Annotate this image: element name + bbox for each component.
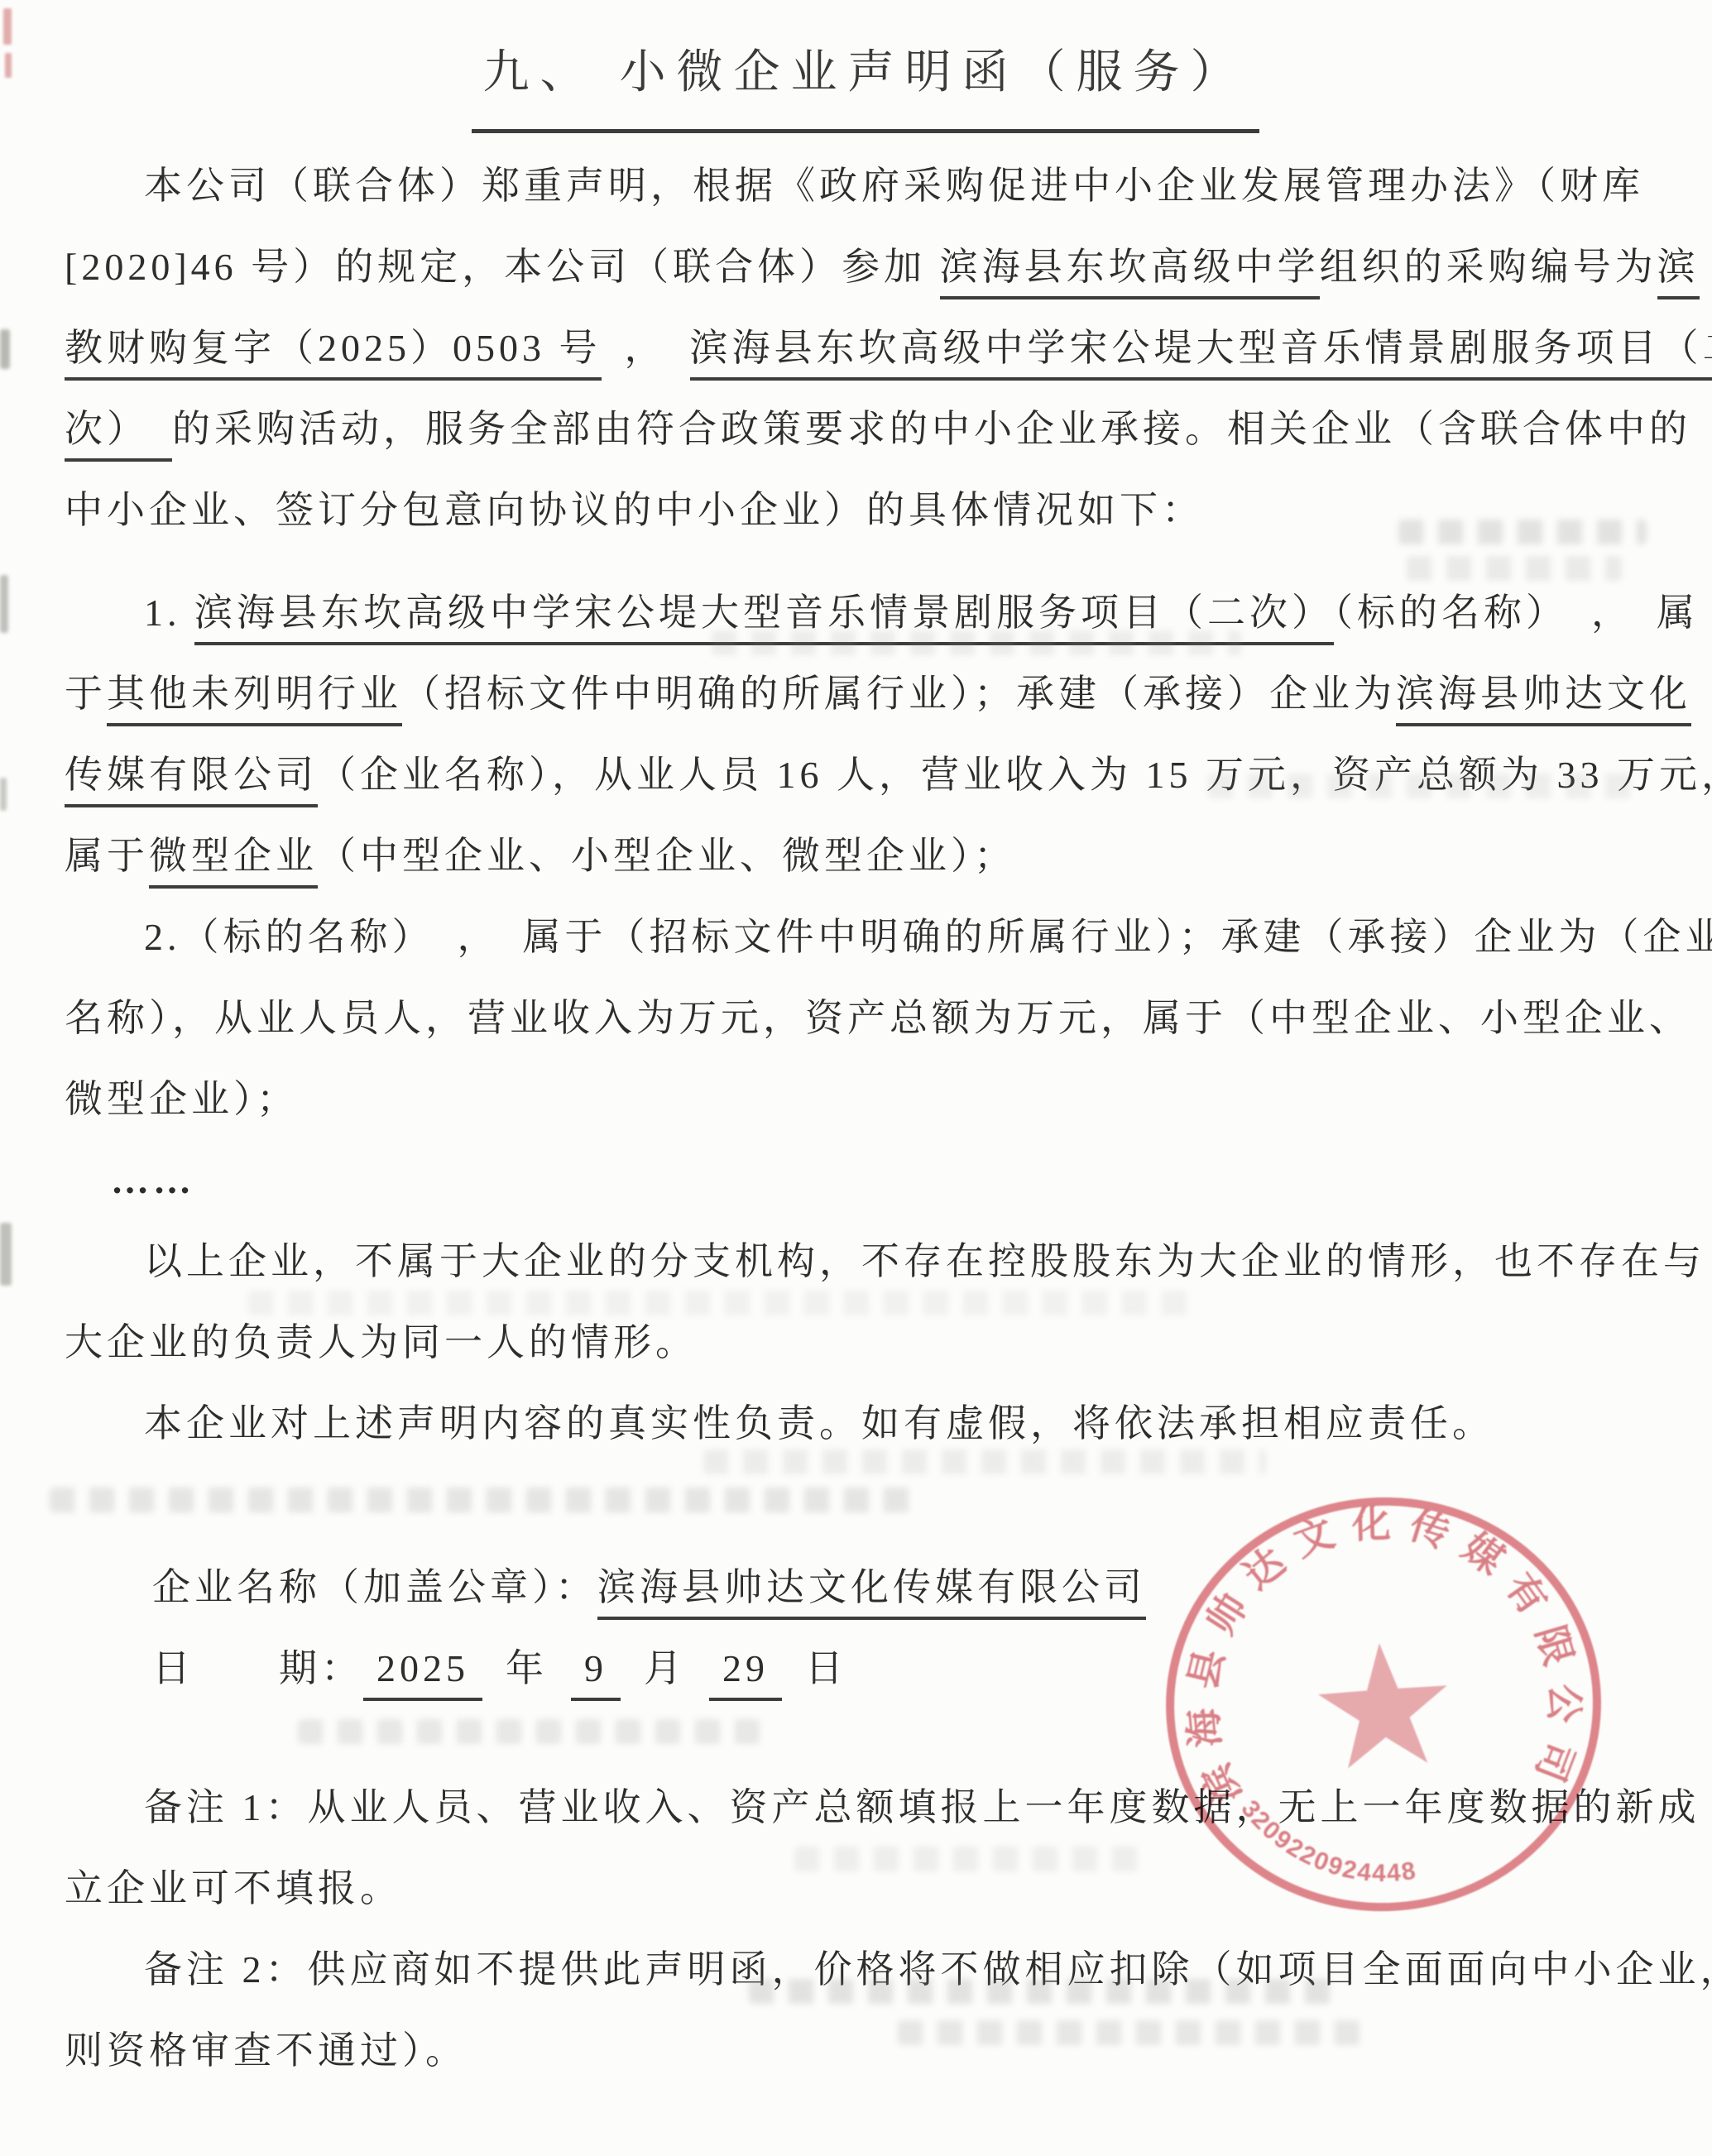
scan-artifact: [794, 1847, 1142, 1871]
scan-artifact: [1407, 556, 1622, 581]
date-day: 29: [709, 1647, 782, 1701]
text-segment: （中型企业、小型企业、微型企业）；: [318, 835, 1016, 877]
title-row: 九、 小微企业声明函（服务）: [65, 30, 1666, 146]
document-body: 九、 小微企业声明函（服务） 本公司（联合体）郑重声明，根据《政府采购促进中小企…: [65, 30, 1666, 2091]
blank-procurement-no-part1: 滨: [1657, 246, 1700, 299]
text-segment: （招标文件中明确的所属行业）；承建（承接）企业为: [402, 673, 1396, 715]
blank-industry: 其他未列明行业: [107, 673, 402, 726]
text-segment: （标的名称） ， 属: [1334, 592, 1699, 634]
page-title: 九、 小微企业声明函（服务）: [472, 30, 1259, 133]
scan-artifact: [5, 53, 12, 78]
note1-line1: 备注 1：从业人员、营业收入、资产总额填报上一年度数据，无上一年度数据的新成: [65, 1767, 1666, 1848]
item1-number: 1.: [144, 592, 194, 634]
item1-line4: 属于微型企业（中型企业、小型企业、微型企业）；: [65, 816, 1666, 897]
text-segment: 本公司（联合体）郑重声明，根据《政府采购促进中小企业发展管理办法》（财库: [144, 165, 1644, 207]
blank-project-name-part2: 次）: [65, 408, 172, 462]
p1-line1: 本公司（联合体）郑重声明，根据《政府采购促进中小企业发展管理办法》（财库: [65, 146, 1666, 227]
scan-artifact: [703, 1449, 1266, 1474]
text-segment: 微型企业）；: [65, 1078, 299, 1120]
item2-line3: 微型企业）；: [65, 1059, 1666, 1140]
item2-line1: 2.（标的名称） ， 属于（招标文件中明确的所属行业）；承建（承接）企业为（企业: [65, 897, 1666, 978]
text-segment: 组织的采购编号为: [1320, 246, 1657, 288]
text-segment: 备注 1：从业人员、营业收入、资产总额填报上一年度数据，无上一年度数据的新成: [144, 1786, 1700, 1828]
scan-artifact: [0, 778, 7, 811]
scan-artifact: [0, 575, 8, 633]
signature-company-line: 企业名称（加盖公章）：滨海县帅达文化传媒有限公司: [65, 1547, 1666, 1628]
company-name-value: 滨海县帅达文化传媒有限公司: [597, 1566, 1146, 1620]
ellipsis-text: ……: [111, 1159, 195, 1201]
blank-enterprise-type: 微型企业: [149, 835, 318, 889]
blank-enterprise-name-part1: 滨海县帅达文化: [1396, 673, 1691, 726]
scan-artifact: [1398, 520, 1647, 544]
blank-purchaser-name: 滨海县东坎高级中学: [940, 246, 1320, 299]
text-segment: 本企业对上述声明内容的真实性负责。如有虚假，将依法承担相应责任。: [144, 1402, 1494, 1445]
text-segment: 以上企业，不属于大企业的分支机构，不存在控股股东为大企业的情形，也不存在与: [144, 1240, 1705, 1282]
day-unit: 日: [782, 1647, 847, 1689]
scanned-declaration-document: 九、 小微企业声明函（服务） 本公司（联合体）郑重声明，根据《政府采购促进中小企…: [0, 0, 1712, 2156]
scan-artifact: [298, 1719, 761, 1744]
year-unit: 年: [482, 1647, 571, 1689]
ellipsis-line: ……: [65, 1140, 1666, 1221]
note2-line2: 则资格审查不通过）。: [65, 2010, 1666, 2091]
text-segment: ，: [602, 327, 690, 369]
blank-procurement-no-part2: 教财购复字（2025）0503 号: [65, 327, 602, 381]
text-segment: 名称），从业人员人，营业收入为万元，资产总额为万元，属于（中型企业、小型企业、: [65, 997, 1691, 1039]
text-segment: 则资格审查不通过）。: [65, 2029, 468, 2072]
scan-artifact: [898, 2020, 1361, 2045]
p1-line2: [2020]46 号）的规定，本公司（联合体）参加 滨海县东坎高级中学组织的采购…: [65, 227, 1666, 308]
text-segment: 属于: [65, 835, 149, 877]
scan-artifact: [0, 1223, 12, 1286]
p1-line3: 教财购复字（2025）0503 号 ， 滨海县东坎高级中学宋公堤大型音乐情景剧服…: [65, 308, 1666, 389]
text-segment: [2020]46 号）的规定，本公司（联合体）参加: [65, 246, 940, 288]
text-segment: 中小企业、签订分包意向协议的中小企业）的具体情况如下：: [65, 489, 1204, 531]
scan-artifact: [1208, 774, 1638, 798]
month-unit: 月: [621, 1647, 709, 1689]
item2-line2: 名称），从业人员人，营业收入为万元，资产总额为万元，属于（中型企业、小型企业、: [65, 978, 1666, 1059]
company-label: 企业名称（加盖公章）：: [152, 1566, 597, 1608]
scan-artifact: [50, 1488, 910, 1512]
blank-enterprise-name-part2: 传媒有限公司: [65, 754, 318, 807]
scan-artifact: [3, 8, 12, 45]
date-year: 2025: [363, 1647, 482, 1701]
item1-line2: 于其他未列明行业（招标文件中明确的所属行业）；承建（承接）企业为滨海县帅达文化: [65, 654, 1666, 735]
scan-artifact: [749, 1979, 1345, 2004]
text-segment: 2.（标的名称） ， 属于（招标文件中明确的所属行业）；承建（承接）企业为（企业: [144, 916, 1712, 958]
scan-artifact: [712, 630, 1241, 655]
scan-artifact: [248, 1291, 1200, 1315]
date-label: 日 期：: [152, 1647, 363, 1689]
blank-project-name-part1: 滨海县东坎高级中学宋公堤大型音乐情景剧服务项目（二: [690, 327, 1712, 381]
date-month: 9: [571, 1647, 621, 1701]
signature-date-line: 日 期：2025 年 9 月 29 日: [65, 1628, 1666, 1709]
text-segment: 大企业的负责人为同一人的情形。: [65, 1321, 698, 1363]
p1-line4: 次） 的采购活动，服务全部由符合政策要求的中小企业承接。相关企业（含联合体中的: [65, 389, 1666, 470]
scan-artifact: [0, 329, 10, 369]
text-segment: 立企业可不填报。: [65, 1867, 402, 1909]
text-segment: 的采购活动，服务全部由符合政策要求的中小企业承接。相关企业（含联合体中的: [172, 408, 1691, 450]
text-segment: 于: [65, 673, 107, 715]
